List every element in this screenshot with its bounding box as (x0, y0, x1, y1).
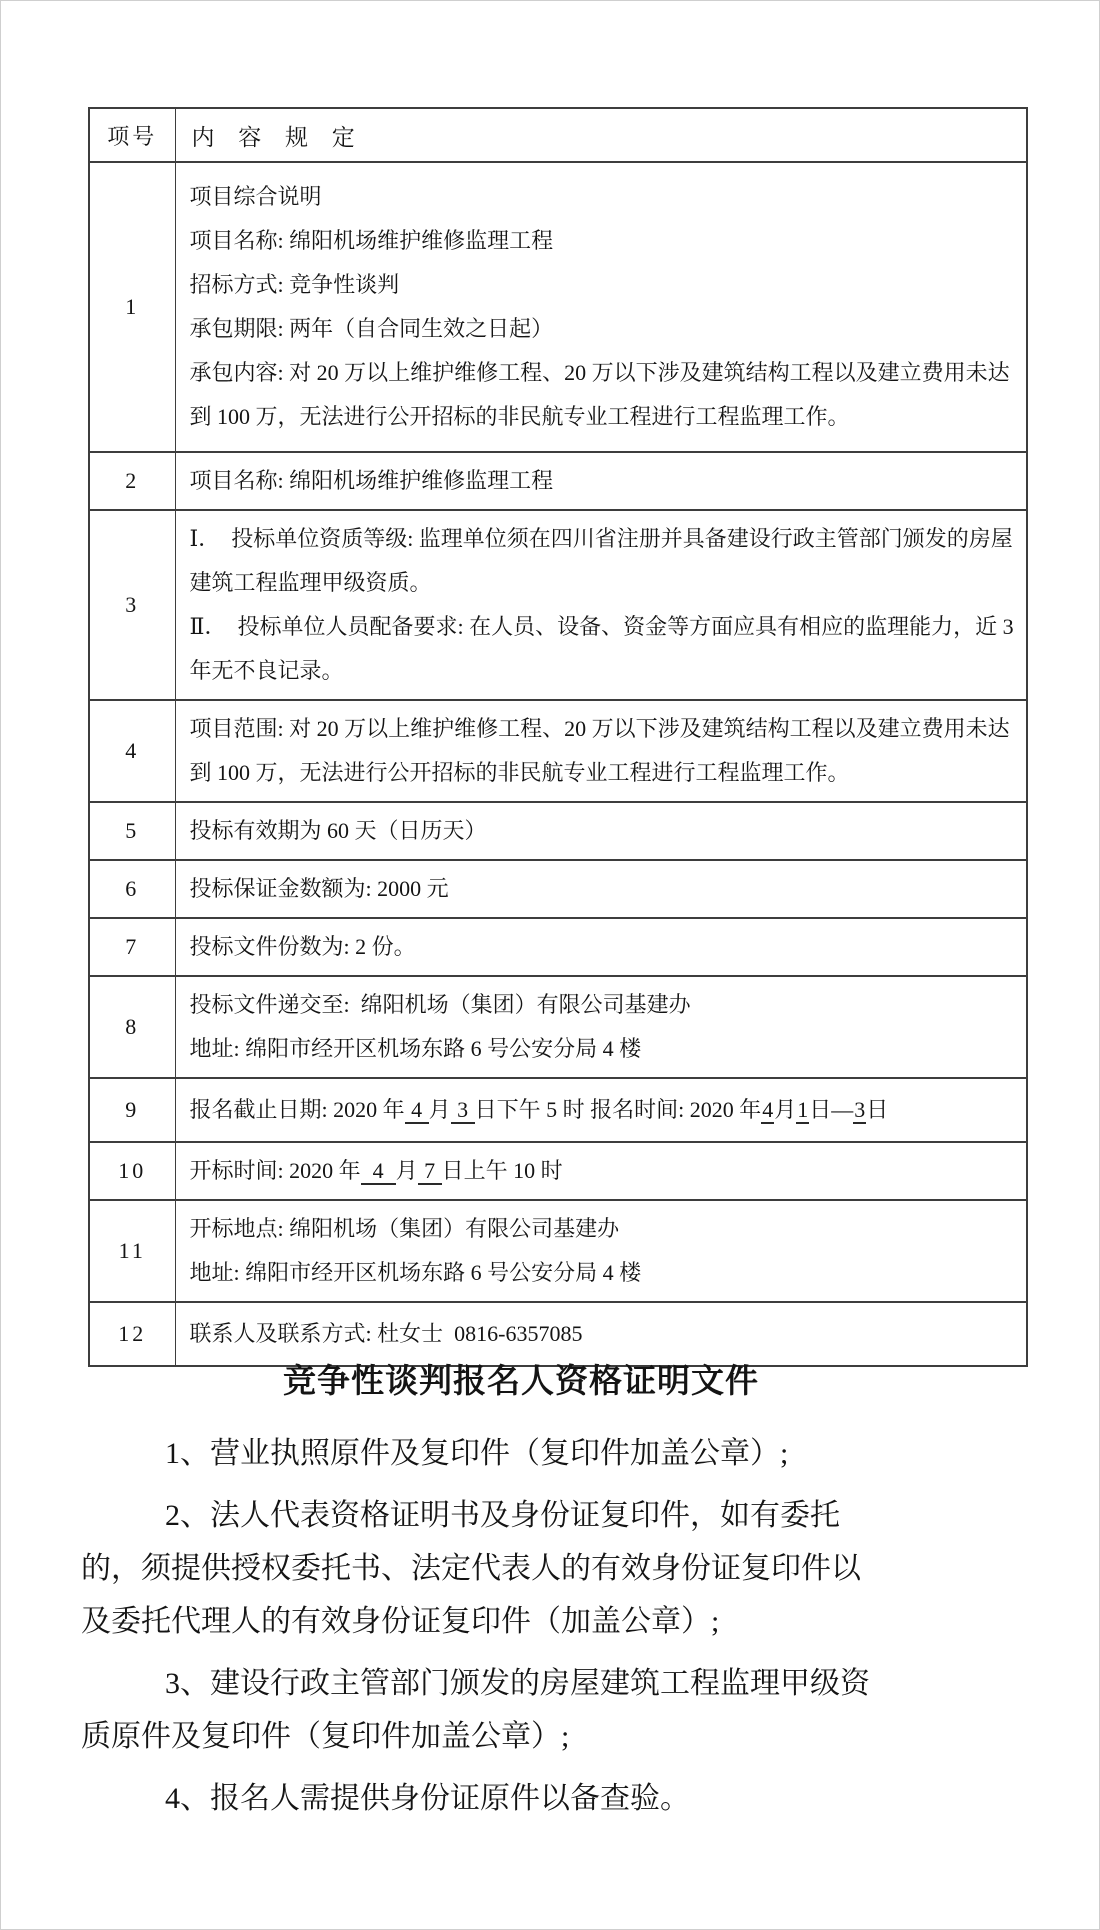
content-line: 承包内容: 对 20 万以上维护维修工程、20 万以下涉及建筑结构工程以及建立费… (190, 351, 1015, 439)
content-cell: 项目名称: 绵阳机场维护维修监理工程 (175, 452, 1027, 510)
paragraph: 3、建设行政主管部门颁发的房屋建筑工程监理甲级资质原件及复印件（复印件加盖公章）… (81, 1657, 871, 1763)
paragraph: 1、营业执照原件及复印件（复印件加盖公章）; (81, 1427, 871, 1480)
content-cell: 投标文件递交至: 绵阳机场（集团）有限公司基建办地址: 绵阳市经开区机场东路 6… (175, 976, 1027, 1078)
paragraph: 2、法人代表资格证明书及身份证复印件，如有委托的，须提供授权委托书、法定代表人的… (81, 1489, 871, 1648)
content-line: 项目名称: 绵阳机场维护维修监理工程 (190, 459, 1015, 503)
table-row: 10开标时间: 2020 年 4 月 7 日上午 10 时 (89, 1142, 1027, 1200)
content-line: 投标保证金数额为: 2000 元 (190, 867, 1015, 911)
table-header-row: 项号 内 容 规 定 (89, 108, 1027, 162)
underlined-value: 3 (853, 1097, 866, 1124)
table-row: 8投标文件递交至: 绵阳机场（集团）有限公司基建办地址: 绵阳市经开区机场东路 … (89, 976, 1027, 1078)
content-cell: 项目综合说明项目名称: 绵阳机场维护维修监理工程招标方式: 竞争性谈判承包期限:… (175, 162, 1027, 452)
content-cell: 投标有效期为 60 天（日历天） (175, 802, 1027, 860)
item-number-cell: 6 (89, 860, 175, 918)
table-row: 6投标保证金数额为: 2000 元 (89, 860, 1027, 918)
underlined-value: 4 (405, 1097, 429, 1124)
content-line: 开标地点: 绵阳机场（集团）有限公司基建办 (190, 1207, 1015, 1251)
item-number-cell: 9 (89, 1078, 175, 1142)
content-line: 报名截止日期: 2020 年 4 月 3 日下午 5 时 报名时间: 2020 … (190, 1088, 1015, 1132)
item-number-cell: 10 (89, 1142, 175, 1200)
content-line: 招标方式: 竞争性谈判 (190, 263, 1015, 307)
content-line: 开标时间: 2020 年 4 月 7 日上午 10 时 (190, 1149, 1015, 1193)
spec-table: 项号 内 容 规 定 1项目综合说明项目名称: 绵阳机场维护维修监理工程招标方式… (88, 107, 1028, 1367)
item-number-cell: 4 (89, 700, 175, 802)
content-line: Ⅰ． 投标单位资质等级: 监理单位须在四川省注册并具备建设行政主管部门颁发的房屋… (190, 517, 1015, 605)
underlined-value: 1 (796, 1097, 809, 1124)
table-row: 11开标地点: 绵阳机场（集团）有限公司基建办地址: 绵阳市经开区机场东路 6 … (89, 1200, 1027, 1302)
table-row: 2项目名称: 绵阳机场维护维修监理工程 (89, 452, 1027, 510)
header-content-spec: 内 容 规 定 (175, 108, 1027, 162)
content-line: 项目名称: 绵阳机场维护维修监理工程 (190, 219, 1015, 263)
content-cell: 投标保证金数额为: 2000 元 (175, 860, 1027, 918)
underlined-value: 4 (361, 1158, 396, 1185)
underlined-value: 4 (761, 1097, 774, 1124)
content-line: 联系人及联系方式: 杜女士 0816-6357085 (190, 1312, 1015, 1356)
content-line: 地址: 绵阳市经开区机场东路 6 号公安分局 4 楼 (190, 1027, 1015, 1071)
table-row: 5投标有效期为 60 天（日历天） (89, 802, 1027, 860)
qualification-section: 竞争性谈判报名人资格证明文件 1、营业执照原件及复印件（复印件加盖公章）;2、法… (81, 1359, 961, 1834)
header-item-no: 项号 (89, 108, 175, 162)
content-line: 投标文件递交至: 绵阳机场（集团）有限公司基建办 (190, 983, 1015, 1027)
content-cell: 联系人及联系方式: 杜女士 0816-6357085 (175, 1302, 1027, 1366)
item-number-cell: 3 (89, 510, 175, 700)
table-row: 9报名截止日期: 2020 年 4 月 3 日下午 5 时 报名时间: 2020… (89, 1078, 1027, 1142)
content-cell: 项目范围: 对 20 万以上维护维修工程、20 万以下涉及建筑结构工程以及建立费… (175, 700, 1027, 802)
table-row: 3Ⅰ． 投标单位资质等级: 监理单位须在四川省注册并具备建设行政主管部门颁发的房… (89, 510, 1027, 700)
paragraph-list: 1、营业执照原件及复印件（复印件加盖公章）;2、法人代表资格证明书及身份证复印件… (81, 1427, 871, 1825)
content-line: Ⅱ． 投标单位人员配备要求: 在人员、设备、资金等方面应具有相应的监理能力，近 … (190, 605, 1015, 693)
table-row: 7投标文件份数为: 2 份。 (89, 918, 1027, 976)
content-line: 地址: 绵阳市经开区机场东路 6 号公安分局 4 楼 (190, 1251, 1015, 1295)
item-number-cell: 2 (89, 452, 175, 510)
table-row: 12联系人及联系方式: 杜女士 0816-6357085 (89, 1302, 1027, 1366)
content-line: 项目综合说明 (190, 175, 1015, 219)
section-title: 竞争性谈判报名人资格证明文件 (81, 1359, 961, 1405)
item-number-cell: 8 (89, 976, 175, 1078)
table-row: 4项目范围: 对 20 万以上维护维修工程、20 万以下涉及建筑结构工程以及建立… (89, 700, 1027, 802)
item-number-cell: 1 (89, 162, 175, 452)
item-number-cell: 12 (89, 1302, 175, 1366)
content-line: 项目范围: 对 20 万以上维护维修工程、20 万以下涉及建筑结构工程以及建立费… (190, 707, 1015, 795)
paragraph: 4、报名人需提供身份证原件以备查验。 (81, 1772, 871, 1825)
document-page: 项号 内 容 规 定 1项目综合说明项目名称: 绵阳机场维护维修监理工程招标方式… (0, 0, 1100, 1930)
content-cell: 开标地点: 绵阳机场（集团）有限公司基建办地址: 绵阳市经开区机场东路 6 号公… (175, 1200, 1027, 1302)
content-line: 承包期限: 两年（自合同生效之日起） (190, 307, 1015, 351)
item-number-cell: 7 (89, 918, 175, 976)
content-cell: 投标文件份数为: 2 份。 (175, 918, 1027, 976)
content-cell: 开标时间: 2020 年 4 月 7 日上午 10 时 (175, 1142, 1027, 1200)
item-number-cell: 5 (89, 802, 175, 860)
item-number-cell: 11 (89, 1200, 175, 1302)
underlined-value: 3 (451, 1097, 475, 1124)
content-line: 投标有效期为 60 天（日历天） (190, 809, 1015, 853)
underlined-value: 7 (418, 1158, 442, 1185)
content-cell: 报名截止日期: 2020 年 4 月 3 日下午 5 时 报名时间: 2020 … (175, 1078, 1027, 1142)
content-line: 投标文件份数为: 2 份。 (190, 925, 1015, 969)
content-cell: Ⅰ． 投标单位资质等级: 监理单位须在四川省注册并具备建设行政主管部门颁发的房屋… (175, 510, 1027, 700)
table-row: 1项目综合说明项目名称: 绵阳机场维护维修监理工程招标方式: 竞争性谈判承包期限… (89, 162, 1027, 452)
